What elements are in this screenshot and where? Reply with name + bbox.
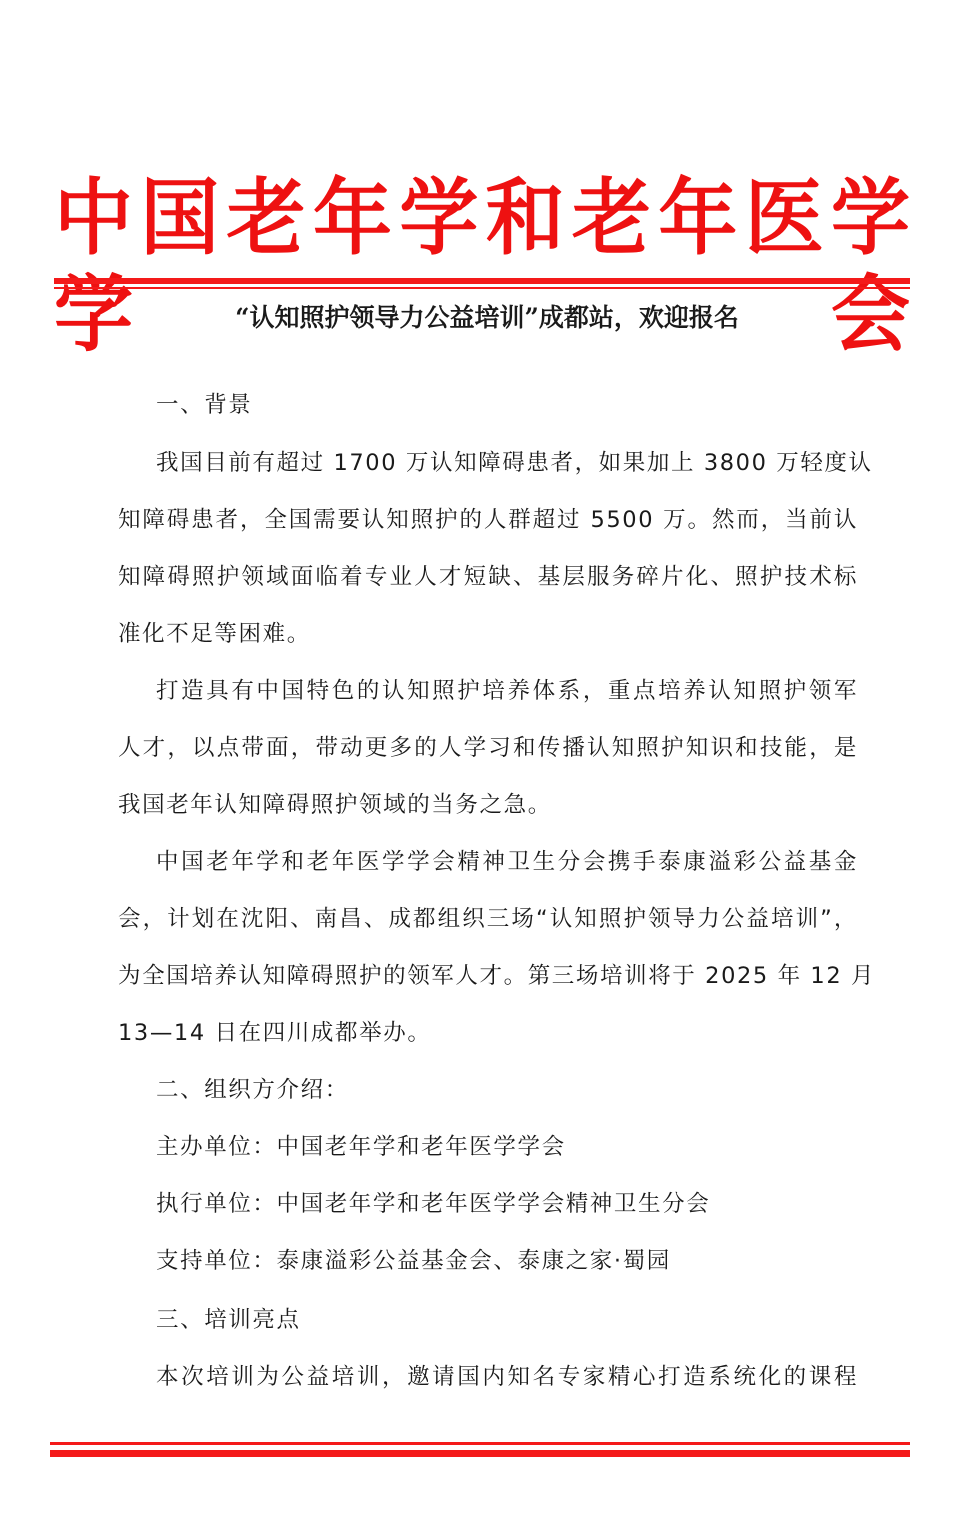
paragraph-line: 打造具有中国特色的认知照护培养体系，重点培养认知照护领军 <box>156 674 858 708</box>
paragraph-line: 会，计划在沈阳、南昌、成都组织三场“认知照护领导力公益培训”， <box>118 902 858 936</box>
paragraph-line: 人才，以点带面，带动更多的人学习和传播认知照护知识和技能，是 <box>118 731 858 765</box>
section-heading-organizers: 二、组织方介绍： <box>156 1073 349 1107</box>
footer-rule-thin <box>50 1442 910 1445</box>
document-title: “认知照护领导力公益培训”成都站，欢迎报名 <box>0 300 974 336</box>
section-heading-background: 一、背景 <box>156 388 252 422</box>
document-page: 中国老年学和老年医学学会 “认知照护领导力公益培训”成都站，欢迎报名 一、背景 … <box>0 0 974 1528</box>
organizer-executor: 执行单位：中国老年学和老年医学学会精神卫生分会 <box>156 1187 710 1221</box>
paragraph-line: 我国老年认知障碍照护领域的当务之急。 <box>118 788 552 822</box>
paragraph-line: 准化不足等困难。 <box>118 617 311 651</box>
header-rule-thick <box>54 278 910 284</box>
organization-masthead: 中国老年学和老年医学学会 <box>54 170 910 267</box>
paragraph-line: 为全国培养认知障碍照护的领军人才。第三场培训将于 2025 年 12 月 <box>118 959 858 993</box>
section-heading-highlights: 三、培训亮点 <box>156 1303 301 1337</box>
paragraph-line: 中国老年学和老年医学学会精神卫生分会携手泰康溢彩公益基金 <box>156 845 858 879</box>
paragraph-line: 我国目前有超过 1700 万认知障碍患者，如果加上 3800 万轻度认 <box>156 446 858 480</box>
organizer-supporter: 支持单位：泰康溢彩公益基金会、泰康之家·蜀园 <box>156 1244 671 1278</box>
paragraph-line: 知障碍照护领域面临着专业人才短缺、基层服务碎片化、照护技术标 <box>118 560 858 594</box>
organizer-host: 主办单位：中国老年学和老年医学学会 <box>156 1130 566 1164</box>
paragraph-line: 13—14 日在四川成都举办。 <box>118 1016 431 1050</box>
header-rule-thin <box>54 287 910 289</box>
paragraph-line: 本次培训为公益培训，邀请国内知名专家精心打造系统化的课程 <box>156 1360 858 1394</box>
paragraph-line: 知障碍患者，全国需要认知照护的人群超过 5500 万。然而，当前认 <box>118 503 858 537</box>
footer-rule-thick <box>50 1450 910 1457</box>
